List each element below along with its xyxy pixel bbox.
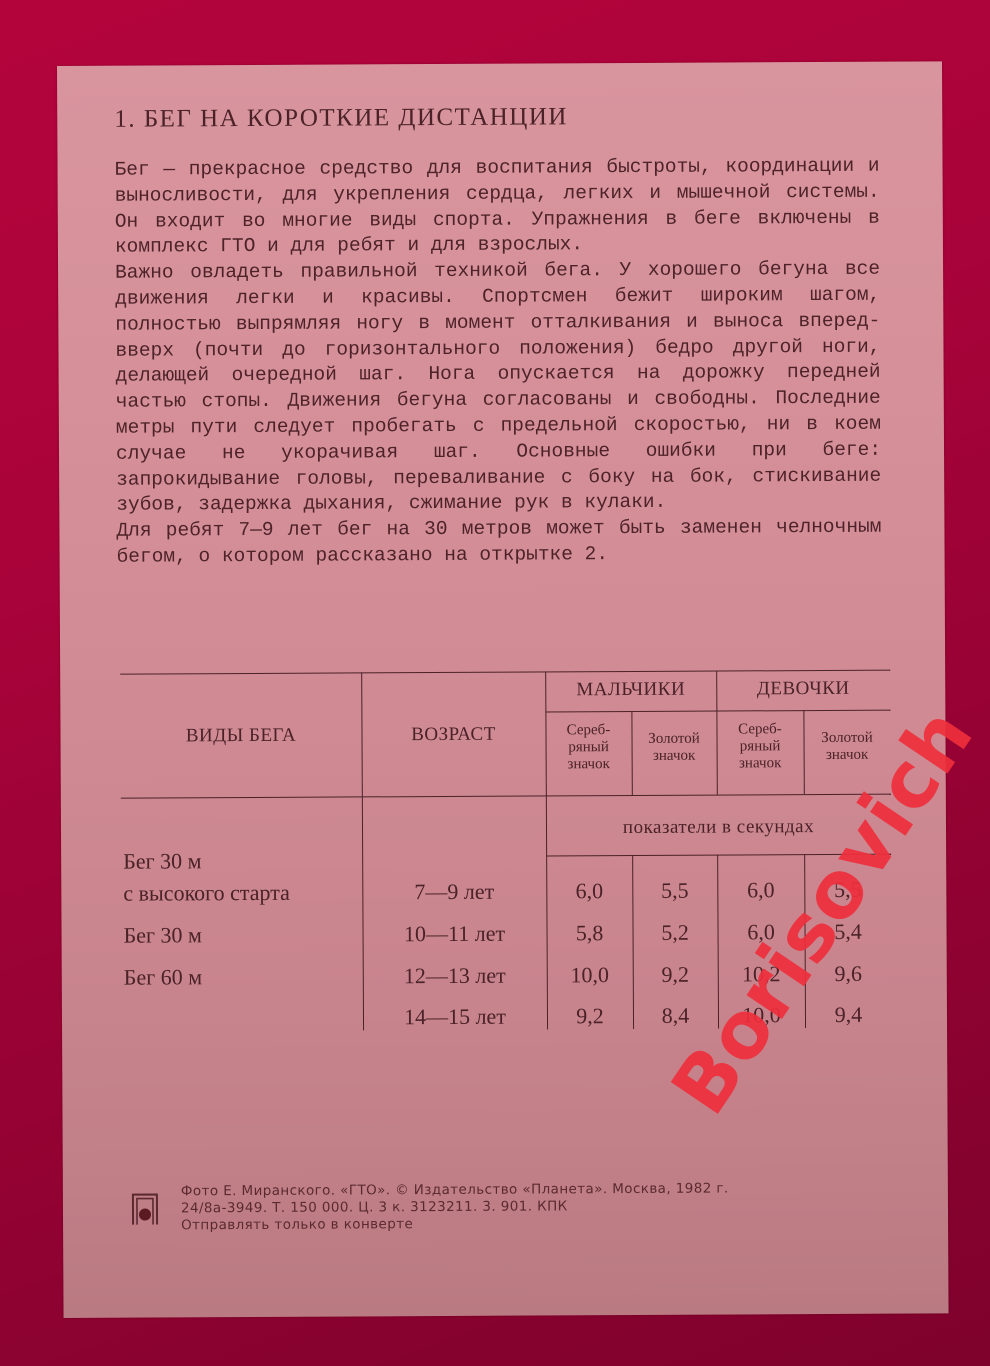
header-age: ВОЗРАСТ (361, 723, 545, 746)
paragraph-intro: Бег — прекрасное средство для воспитания… (114, 154, 880, 261)
card-title: 1. БЕГ НА КОРОТКИЕ ДИСТАНЦИИ (114, 103, 568, 133)
table-top-rule (120, 670, 890, 675)
planeta-logo-icon (131, 1190, 161, 1226)
header-boys-silver: Сереб- ряный значок (545, 722, 631, 773)
header-bottom-rule (121, 794, 891, 799)
imprint-line-3: Отправлять только в конверте (181, 1214, 729, 1234)
header-girls-silver: Сереб- ряный значок (716, 721, 803, 772)
run-type-label: Бег 30 м (123, 848, 201, 874)
paragraph-technique: Важно овладеть правильной техникой бега.… (115, 257, 881, 519)
standards-table: ВИДЫ БЕГА ВОЗРАСТ МАЛЬЧИКИ ДЕВОЧКИ Сереб… (120, 670, 890, 674)
card-body: Бег — прекрасное средство для воспитания… (114, 154, 881, 571)
header-girls: ДЕВОЧКИ (716, 678, 890, 701)
group-header-rule (545, 710, 890, 713)
run-type-label: Бег 60 м (124, 964, 202, 990)
imprint-line-1: Фото Е. Миранского. «ГТО». © Издательств… (181, 1180, 729, 1200)
imprint: Фото Е. Миранского. «ГТО». © Издательств… (181, 1180, 729, 1234)
run-type-label: с высокого старта (123, 880, 290, 907)
header-boys: МАЛЬЧИКИ (545, 679, 716, 702)
run-type-label: Бег 30 м (123, 922, 201, 948)
paragraph-note: Для ребят 7—9 лет бег на 30 метров может… (116, 515, 881, 571)
header-boys-gold: Золотой значок (631, 731, 716, 765)
header-run-type: ВИДЫ БЕГА (120, 724, 361, 747)
postcard: 1. БЕГ НА КОРОТКИЕ ДИСТАНЦИИ Бег — прекр… (57, 61, 949, 1318)
